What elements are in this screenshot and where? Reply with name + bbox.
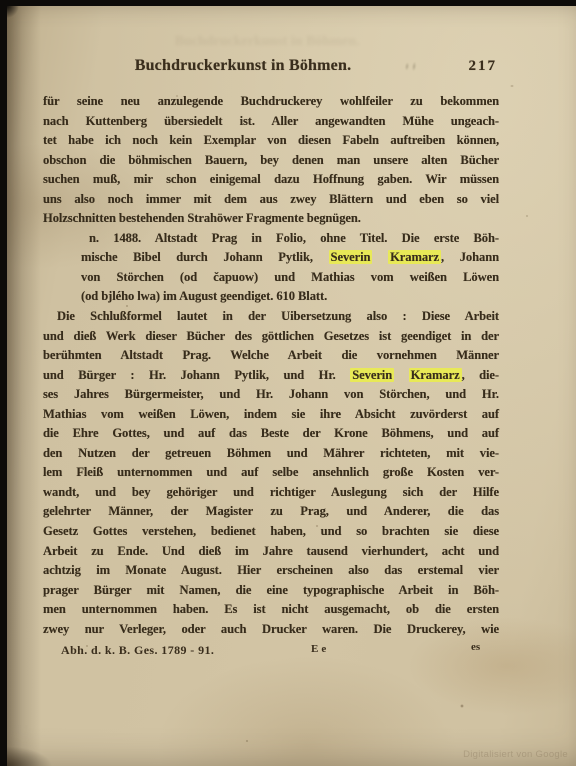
- text-line: nach Kuttenberg übersiedelt ist. Aller a…: [43, 112, 499, 132]
- text-line: prager Bürger mit Namen, die eine typogr…: [43, 581, 499, 601]
- line-segment: mische Bibel durch Johann Pytlik,: [81, 250, 329, 264]
- text-line: den Nutzen der getreuen Böhmen und Mähre…: [43, 444, 499, 464]
- text-line: Die Schlußformel lautet in der Uibersetz…: [43, 307, 499, 327]
- text-line: tet habe ich noch kein Exemplar von dies…: [43, 131, 499, 151]
- highlight-kramarz: Kramarz: [409, 368, 462, 382]
- line-segment: , Johann: [441, 250, 499, 264]
- scanned-book-page: Buchdruckerkunst in Böhmen. Buchdruckerk…: [0, 0, 576, 766]
- text-line: suchen muß, mir schon einigemal dazu Hof…: [43, 170, 499, 190]
- text-line-highlighted: mische Bibel durch Johann Pytlik, Severi…: [81, 248, 499, 268]
- signature-mark: Ee: [311, 643, 329, 655]
- text-line: obschon die böhmischen Bauern, bey denen…: [43, 151, 499, 171]
- show-through-ghost: Buchdruckerkunst in Böhmen.: [97, 34, 437, 50]
- body-text: für seine neu anzulegende Buchdruckerey …: [43, 92, 499, 639]
- highlight-severin: Severin: [329, 250, 373, 264]
- line-segment: [394, 368, 409, 382]
- text-line: wandt, und bey gehöriger und richtiger A…: [43, 483, 499, 503]
- text-line: Holzschnitten bestehenden Strahöwer Frag…: [43, 209, 499, 229]
- catchword: es: [471, 641, 480, 653]
- line-segment: und Bürger : Hr. Johann Pytlik, und Hr.: [43, 368, 350, 382]
- page-number: 217: [469, 58, 498, 75]
- text-line: zwey nur Verleger, oder auch Drucker war…: [43, 620, 499, 640]
- text-line-highlighted: und Bürger : Hr. Johann Pytlik, und Hr. …: [43, 366, 499, 386]
- text-line: und dieß Werk dieser Bücher des göttlich…: [43, 327, 499, 347]
- line-segment: [372, 250, 388, 264]
- text-line: lem Fleiß unternommen und auf selbe anse…: [43, 463, 499, 483]
- text-line: Gesetz Gottes verstehen, bedienet haben,…: [43, 522, 499, 542]
- gutter-shadow: [7, 6, 41, 766]
- text-line: gelehrter Männer, der Magister zu Prag, …: [43, 502, 499, 522]
- text-line: Mathias vom weißen Löwen, indem sie ihre…: [43, 405, 499, 425]
- text-line: berühmten Altstadt Prag. Welche Arbeit d…: [43, 346, 499, 366]
- highlight-severin: Severin: [350, 368, 394, 382]
- running-title: Buchdruckerkunst in Böhmen.: [43, 57, 443, 75]
- highlight-kramarz: Kramarz: [388, 250, 441, 264]
- scan-corner-shadow: [7, 6, 23, 22]
- text-line: ses Jahres Bürgermeister, und Hr. Johann…: [43, 385, 499, 405]
- text-line-entry-1488: n. 1488. Altstadt Prag in Folio, ohne Ti…: [43, 229, 499, 249]
- footer-reference: Abh. d. k. B. Ges. 1789 - 91.: [61, 643, 214, 658]
- text-line: die Ehre Gottes, und auf das Beste der K…: [43, 424, 499, 444]
- text-line: uns also noch immer mit dem aus zwey Blä…: [43, 190, 499, 210]
- text-line: für seine neu anzulegende Buchdruckerey …: [43, 92, 499, 112]
- text-line: von Störchen (od čapuow) und Mathias vom…: [81, 268, 499, 288]
- scan-watermark: Digitalisiert von Google: [463, 749, 568, 760]
- text-line: (od bjlého lwa) im August geendiget. 610…: [81, 287, 499, 307]
- text-line: Arbeit zu Ende. Und dieß im Jahre tausen…: [43, 542, 499, 562]
- text-line: men unternommen haben. Es ist nicht ausg…: [43, 600, 499, 620]
- page-paper: Buchdruckerkunst in Böhmen. Buchdruckerk…: [7, 6, 576, 766]
- page-footer: Abh. d. k. B. Ges. 1789 - 91. Ee es: [43, 643, 499, 663]
- line-segment: , die-: [462, 368, 499, 382]
- page-header: Buchdruckerkunst in Böhmen. 217: [43, 57, 499, 79]
- ink-smudge: [402, 59, 420, 75]
- text-line: achtzig im Monate August. Hier erscheine…: [43, 561, 499, 581]
